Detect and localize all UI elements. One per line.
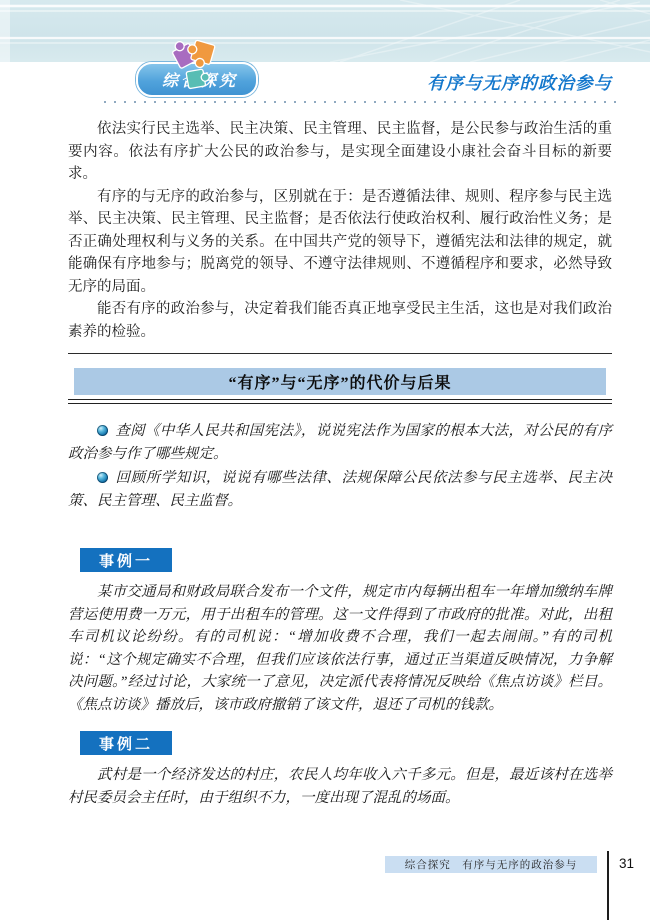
case-2-label-text: 事例二: [99, 733, 153, 754]
question-text: 查阅《中华人民共和国宪法》，说说宪法作为国家的根本大法，对公民的有序政治参与作了…: [68, 423, 612, 462]
question-text: 回顾所学知识，说说有哪些法律、法规保障公民依法参与民主选举、民主决策、民主管理、…: [68, 470, 612, 509]
globe-bullet-icon: [97, 472, 108, 483]
globe-bullet-icon: [97, 425, 108, 436]
section-bottom-rule: [68, 399, 612, 404]
page-title: 有序与无序的政治参与: [427, 70, 612, 95]
footer-vertical-rule: [607, 851, 609, 920]
intro-paragraph-1: 依法实行民主选举、民主决策、民主管理、民主监督，是公民参与政治生活的重要内容。依…: [68, 118, 612, 186]
banner-left-strip: [0, 0, 10, 62]
section-title-band: “有序”与“无序”的代价与后果: [74, 368, 606, 395]
puzzle-pieces-icon: [160, 36, 232, 107]
case-1-text: 某市交通局和财政局联合发布一个文件，规定市内每辆出租车一年增加缴纳车牌营运使用费…: [68, 581, 612, 716]
question-item: 回顾所学知识，说说有哪些法律、法规保障公民依法参与民主选举、民主决策、民主管理、…: [68, 467, 612, 512]
question-item: 查阅《中华人民共和国宪法》，说说宪法作为国家的根本大法，对公民的有序政治参与作了…: [68, 420, 612, 465]
case-1-label: 事例一: [80, 548, 172, 572]
footer-breadcrumb: 综合探究 有序与无序的政治参与: [405, 857, 578, 872]
banner-pattern: [0, 0, 650, 62]
section-top-rule: [68, 353, 612, 354]
case-1-label-text: 事例一: [99, 550, 153, 571]
top-banner: [0, 0, 650, 62]
section-title: “有序”与“无序”的代价与后果: [228, 370, 451, 393]
question-list: 查阅《中华人民共和国宪法》，说说宪法作为国家的根本大法，对公民的有序政治参与作了…: [68, 420, 612, 512]
intro-paragraph-3: 能否有序的政治参与，决定着我们能否真正地享受民主生活，这也是对我们政治素养的检验…: [68, 298, 612, 343]
main-content: 依法实行民主选举、民主决策、民主管理、民主监督，是公民参与政治生活的重要内容。依…: [68, 118, 612, 809]
page-number: 31: [619, 856, 634, 871]
intro-paragraph-2: 有序的与无序的政治参与，区别就在于：是否遵循法律、规则、程序参与民主选举、民主决…: [68, 186, 612, 299]
case-2-label: 事例二: [80, 731, 172, 755]
footer-breadcrumb-band: 综合探究 有序与无序的政治参与: [385, 856, 597, 873]
case-2-text: 武村是一个经济发达的村庄，农民人均年收入六千多元。但是，最近该村在选举村民委员会…: [68, 764, 612, 809]
